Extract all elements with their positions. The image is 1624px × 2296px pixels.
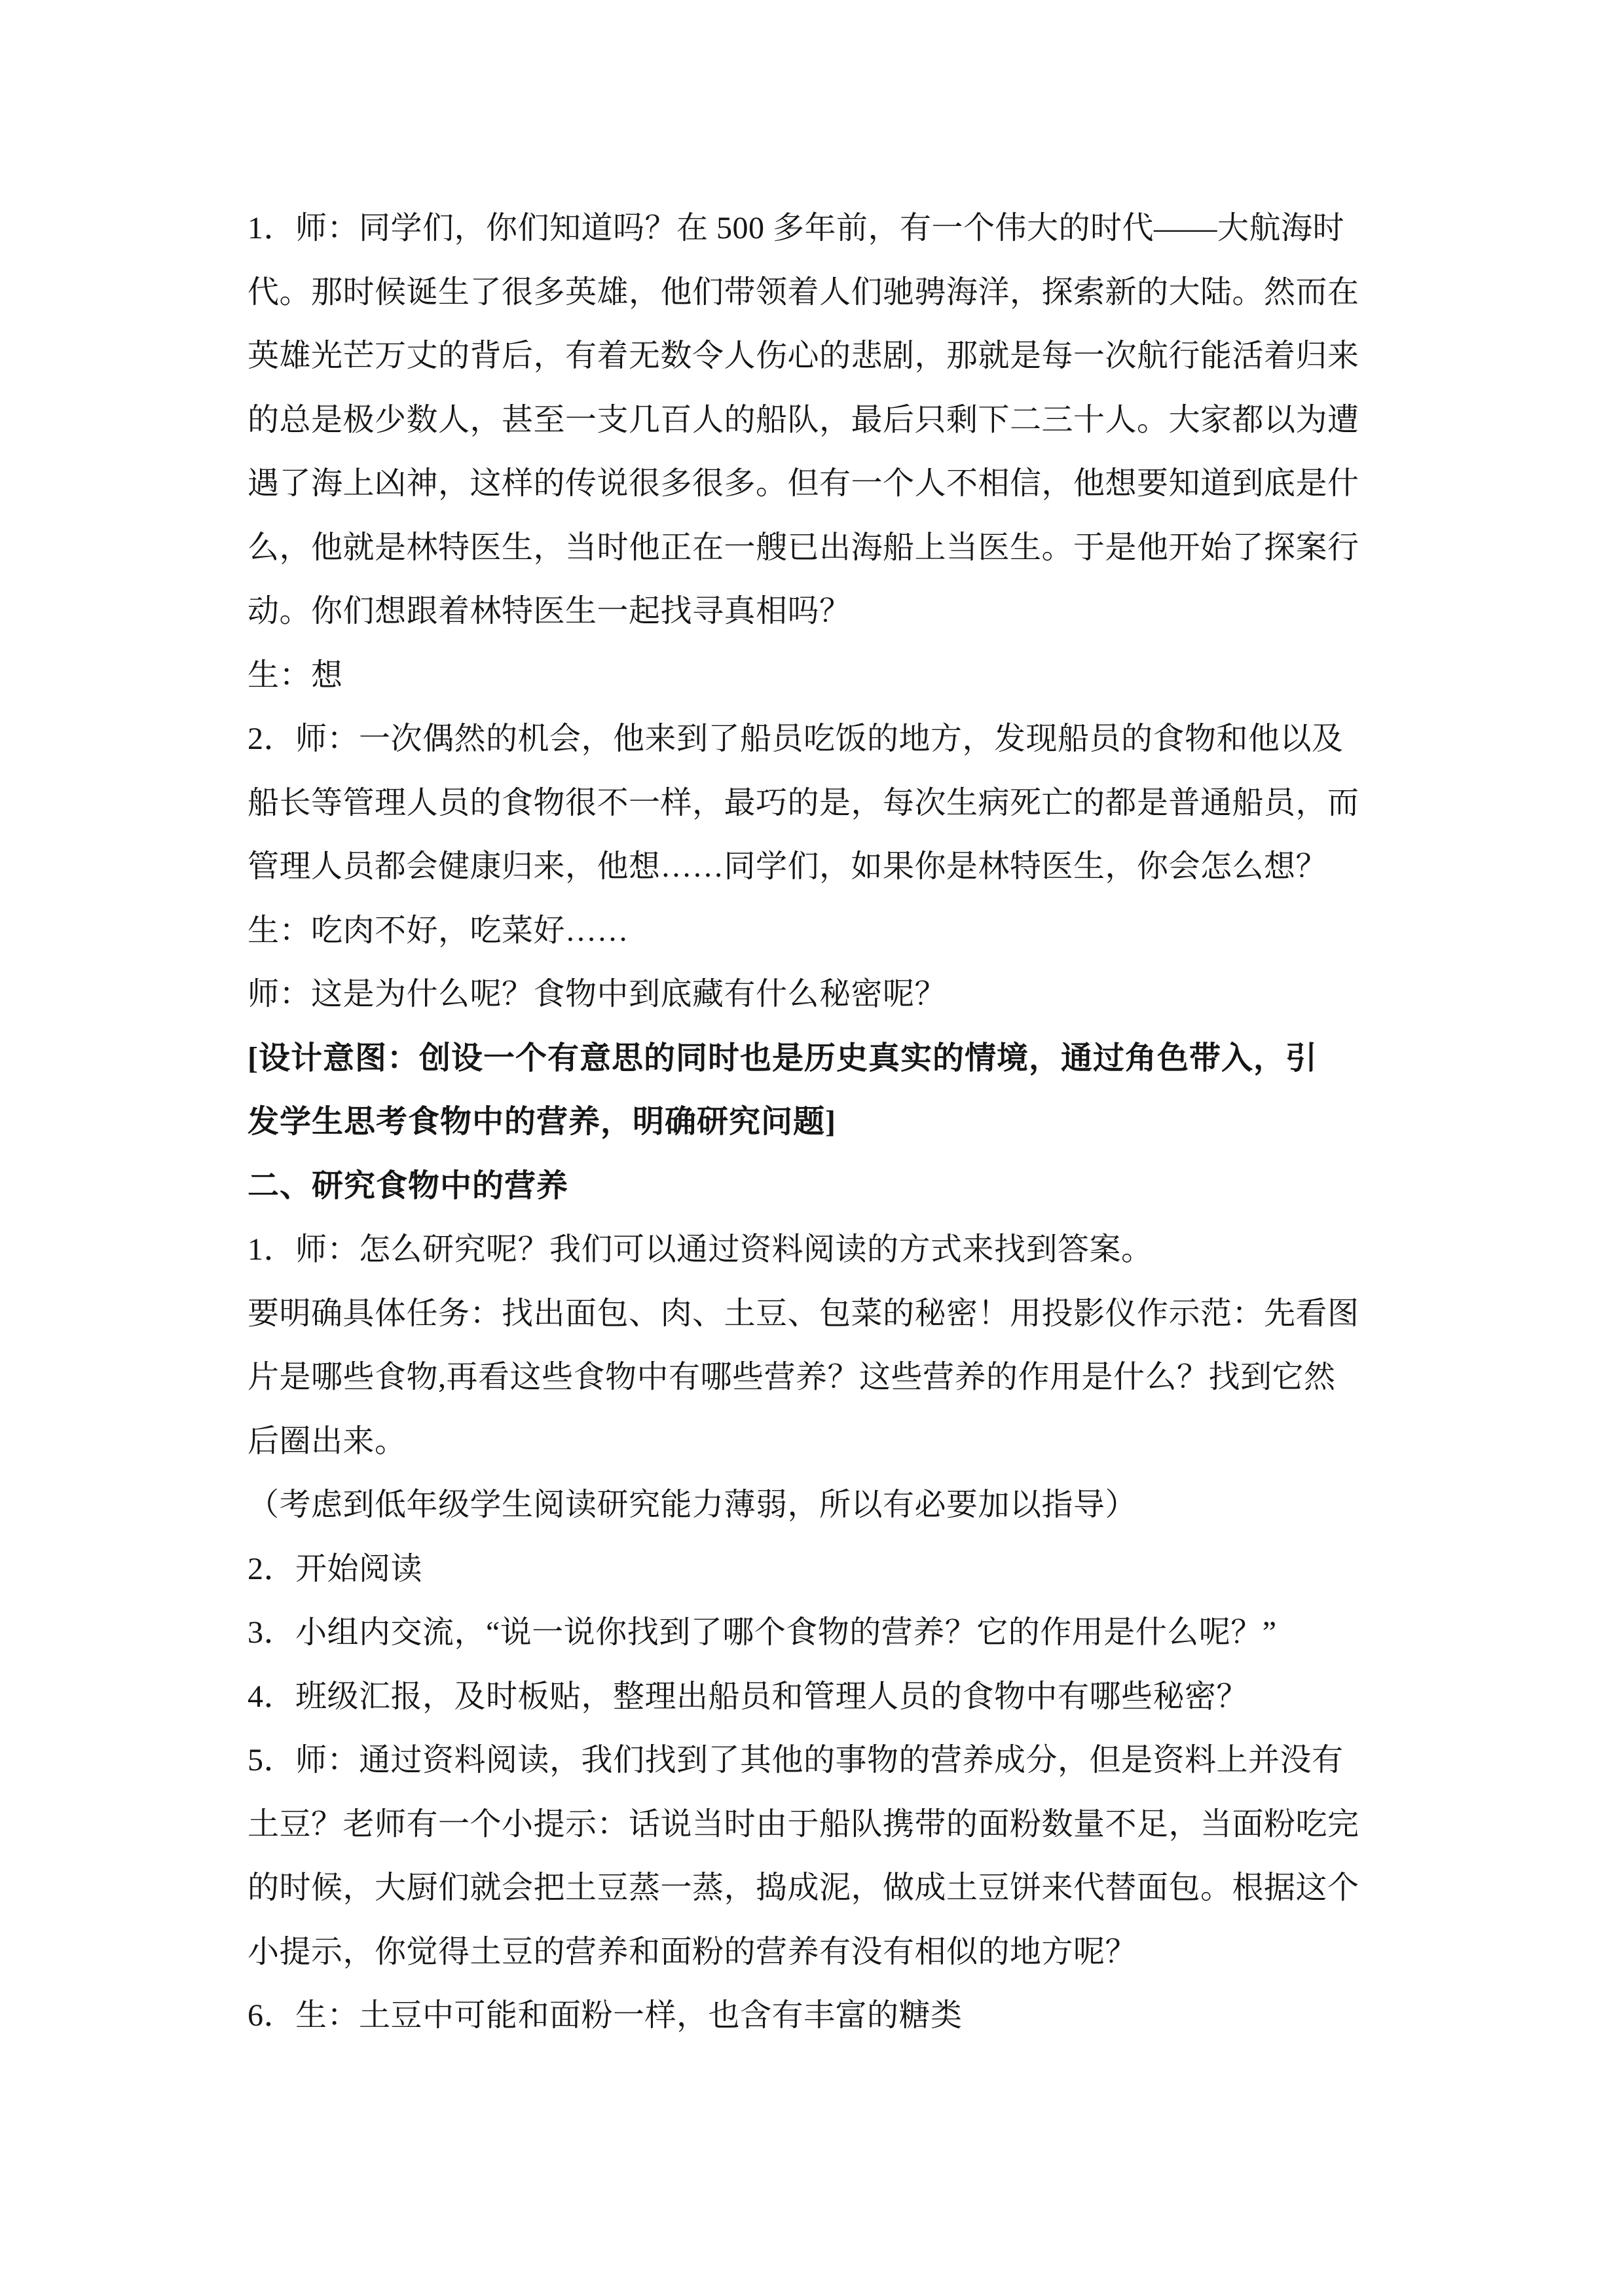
- paragraph: 二、研究食物中的营养: [248, 1154, 1390, 1218]
- text-line: 5．师：通过资料阅读，我们找到了其他的事物的营养成分，但是资料上并没有: [248, 1728, 1390, 1793]
- text-line: 6．生：土豆中可能和面粉一样，也含有丰富的糖类: [248, 1984, 1390, 2048]
- text-line: 3．小组内交流，“说一说你找到了哪个食物的营养？它的作用是什么呢？”: [248, 1601, 1390, 1665]
- paragraph: 生：吃肉不好，吃菜好……: [248, 899, 1390, 963]
- text-line: 遇了海上凶神，这样的传说很多很多。但有一个人不相信，他想要知道到底是什: [248, 452, 1390, 516]
- text-line: 1．师：同学们，你们知道吗？在 500 多年前，有一个伟大的时代——大航海时: [248, 196, 1390, 261]
- section-heading: 二、研究食物中的营养: [248, 1154, 1390, 1218]
- paragraph: 2．师：一次偶然的机会，他来到了船员吃饭的地方，发现船员的食物和他以及船长等管理…: [248, 707, 1390, 899]
- paragraph: 4．班级汇报，及时板贴，整理出船员和管理人员的食物中有哪些秘密？: [248, 1665, 1390, 1729]
- paragraph: 6．生：土豆中可能和面粉一样，也含有丰富的糖类: [248, 1984, 1390, 2048]
- document-page: 1．师：同学们，你们知道吗？在 500 多年前，有一个伟大的时代——大航海时代。…: [0, 0, 1624, 2296]
- paragraph: 要明确具体任务：找出面包、肉、土豆、包菜的秘密！用投影仪作示范：先看图片是哪些食…: [248, 1282, 1390, 1474]
- text-line: 管理人员都会健康归来，他想……同学们，如果你是林特医生，你会怎么想？: [248, 835, 1390, 899]
- text-line: 4．班级汇报，及时板贴，整理出船员和管理人员的食物中有哪些秘密？: [248, 1665, 1390, 1729]
- paragraph: 5．师：通过资料阅读，我们找到了其他的事物的营养成分，但是资料上并没有土豆？老师…: [248, 1728, 1390, 1984]
- text-line: 生：想: [248, 644, 1390, 708]
- text-line: 要明确具体任务：找出面包、肉、土豆、包菜的秘密！用投影仪作示范：先看图: [248, 1282, 1390, 1346]
- text-line: 土豆？老师有一个小提示：话说当时由于船队携带的面粉数量不足，当面粉吃完: [248, 1793, 1390, 1857]
- text-line: 小提示，你觉得土豆的营养和面粉的营养有没有相似的地方呢？: [248, 1920, 1390, 1984]
- text-line: 生：吃肉不好，吃菜好……: [248, 899, 1390, 963]
- text-line: 代。那时候诞生了很多英雄，他们带领着人们驰骋海洋，探索新的大陆。然而在: [248, 261, 1390, 325]
- text-line: 动。你们想跟着林特医生一起找寻真相吗？: [248, 579, 1390, 644]
- text-line: 的总是极少数人，甚至一支几百人的船队，最后只剩下二三十人。大家都以为遭: [248, 388, 1390, 452]
- text-line: 片是哪些食物,再看这些食物中有哪些营养？这些营养的作用是什么？找到它然: [248, 1345, 1390, 1410]
- document-content: 1．师：同学们，你们知道吗？在 500 多年前，有一个伟大的时代——大航海时代。…: [248, 196, 1390, 2048]
- paragraph: 生：想: [248, 644, 1390, 708]
- paragraph: （考虑到低年级学生阅读研究能力薄弱，所以有必要加以指导）: [248, 1473, 1390, 1537]
- text-line: （考虑到低年级学生阅读研究能力薄弱，所以有必要加以指导）: [248, 1473, 1390, 1537]
- paragraph: 2．开始阅读: [248, 1537, 1390, 1601]
- text-line: 船长等管理人员的食物很不一样，最巧的是，每次生病死亡的都是普通船员，而: [248, 771, 1390, 835]
- text-line: 2．师：一次偶然的机会，他来到了船员吃饭的地方，发现船员的食物和他以及: [248, 707, 1390, 771]
- paragraph: 师：这是为什么呢？食物中到底藏有什么秘密呢？: [248, 962, 1390, 1027]
- text-line: 师：这是为什么呢？食物中到底藏有什么秘密呢？: [248, 962, 1390, 1027]
- paragraph: 1．师：同学们，你们知道吗？在 500 多年前，有一个伟大的时代——大航海时代。…: [248, 196, 1390, 644]
- paragraph: [设计意图：创设一个有意思的同时也是历史真实的情境，通过角色带入，引发学生思考食…: [248, 1027, 1390, 1154]
- design-intent-line: [设计意图：创设一个有意思的同时也是历史真实的情境，通过角色带入，引: [248, 1027, 1390, 1091]
- text-line: 英雄光芒万丈的背后，有着无数令人伤心的悲剧，那就是每一次航行能活着归来: [248, 324, 1390, 388]
- text-line: 1．师：怎么研究呢？我们可以通过资料阅读的方式来找到答案。: [248, 1218, 1390, 1282]
- paragraph: 1．师：怎么研究呢？我们可以通过资料阅读的方式来找到答案。: [248, 1218, 1390, 1282]
- paragraph: 3．小组内交流，“说一说你找到了哪个食物的营养？它的作用是什么呢？”: [248, 1601, 1390, 1665]
- text-line: 后圈出来。: [248, 1410, 1390, 1474]
- text-line: 么，他就是林特医生，当时他正在一艘已出海船上当医生。于是他开始了探案行: [248, 516, 1390, 580]
- text-line: 的时候，大厨们就会把土豆蒸一蒸，捣成泥，做成土豆饼来代替面包。根据这个: [248, 1856, 1390, 1920]
- design-intent-line: 发学生思考食物中的营养，明确研究问题]: [248, 1090, 1390, 1154]
- text-line: 2．开始阅读: [248, 1537, 1390, 1601]
